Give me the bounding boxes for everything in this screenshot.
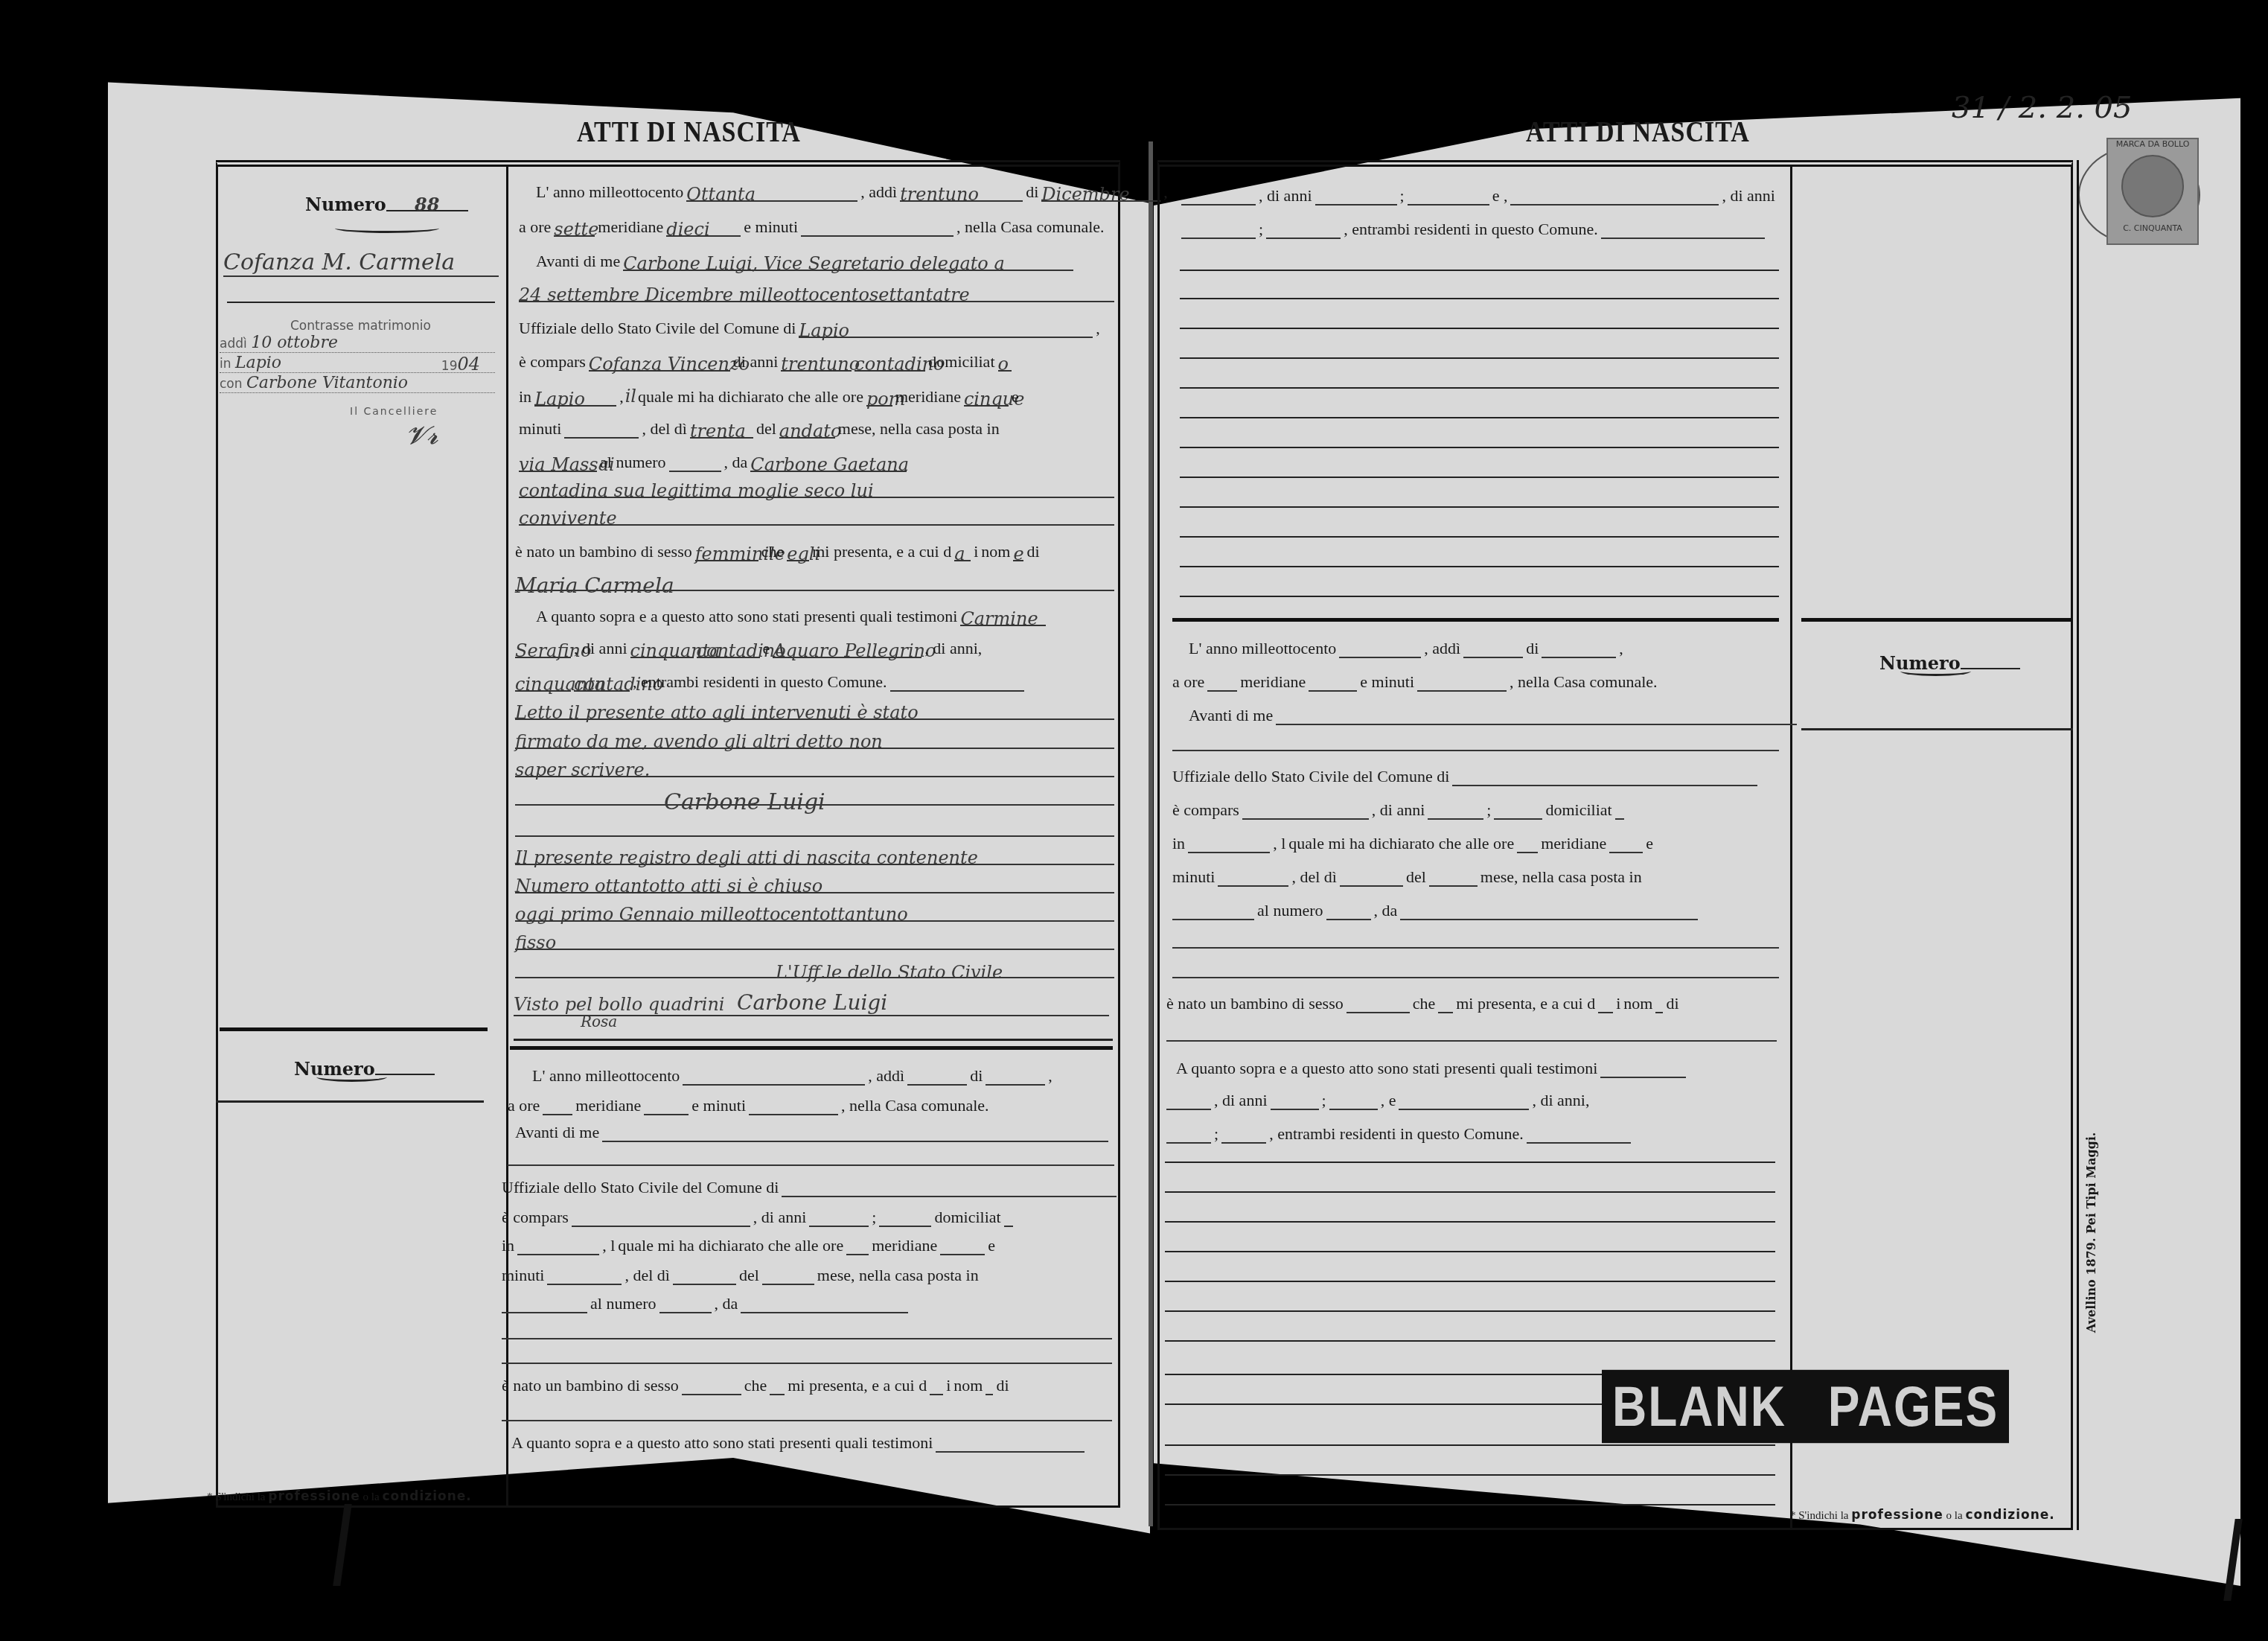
blank — [1004, 1209, 1013, 1227]
year-value: Ottanta — [686, 184, 857, 202]
label: L' anno milleottocento — [1187, 639, 1338, 658]
ruled-line — [1165, 1221, 1775, 1223]
house-number-blank — [669, 454, 721, 472]
footnote-left: * S'indichi la professione o la condizio… — [207, 1489, 472, 1504]
label: che — [743, 1376, 769, 1395]
form-line-declarant: è compars , di anni ; domiciliat — [500, 1208, 1015, 1227]
hour-value: sette — [554, 219, 595, 237]
divider — [514, 1039, 1113, 1041]
label: , e — [1379, 1091, 1398, 1110]
left-page-header: ATTI DI NASCITA — [577, 117, 801, 150]
form-line-birth-date: minuti , del dì del mese, nella casa pos… — [1171, 867, 1643, 887]
addi-label: addì — [220, 337, 247, 351]
label: di — [1664, 994, 1680, 1013]
witness2-age: cinquanta — [515, 674, 571, 692]
numero-value: 88 — [386, 194, 468, 211]
label: in — [517, 387, 533, 407]
blank — [770, 1377, 785, 1395]
minutes-blank — [564, 421, 639, 439]
label: meridiane — [596, 217, 665, 237]
ruled-line — [1180, 447, 1779, 448]
label: mi presenta, e a cui d — [811, 542, 953, 561]
label: Uffiziale dello Stato Civile del Comune … — [1171, 767, 1451, 786]
cancelliere-label: Il Cancelliere — [350, 406, 438, 418]
label: , entrambi residenti in questo Comune. — [631, 672, 889, 692]
residence-value: Lapio — [534, 389, 616, 407]
label: e minuti — [690, 1096, 747, 1115]
ornament-swash — [1900, 666, 1971, 676]
blank — [749, 1097, 838, 1115]
blank — [1218, 869, 1288, 887]
witness1-name: Serafino — [515, 640, 571, 658]
divider — [1801, 618, 2073, 622]
label: , di anni — [1213, 1091, 1269, 1110]
closing-text: saper scrivere. — [515, 759, 1114, 777]
form-line-residence: in , l quale mi ha dichiarato che alle o… — [500, 1236, 997, 1255]
form-line-child-name: Maria Carmela — [514, 573, 1116, 591]
declarant-profession: contadino — [855, 354, 925, 372]
article-value: il — [625, 386, 636, 407]
ruled-line — [1165, 1251, 1775, 1252]
meridiane-value: dieci — [666, 219, 741, 237]
blank — [1172, 960, 1779, 978]
mother-detail-2: convivente — [519, 508, 1114, 526]
label: è nato un bambino di sesso — [500, 1376, 680, 1395]
blank — [683, 1068, 865, 1086]
label: mi presenta, e a cui d — [1454, 994, 1597, 1013]
label: , nella Casa comunale. — [840, 1096, 991, 1115]
book-gutter — [1149, 141, 1153, 1526]
blank-line — [1165, 1024, 1778, 1042]
label: in — [500, 1236, 516, 1255]
blank — [502, 1322, 1112, 1339]
record-separator — [510, 1046, 1113, 1050]
label: ; — [1257, 220, 1265, 239]
label: , del dì — [623, 1266, 671, 1285]
declarant-age: trentuno — [781, 354, 852, 372]
closing-text-3: saper scrivere. — [514, 759, 1116, 777]
label: , entrambi residenti in questo Comune. — [1342, 220, 1600, 239]
label: Avanti di me — [514, 1123, 601, 1142]
label: Avanti di me — [1187, 706, 1274, 725]
label: , da — [1373, 901, 1399, 920]
ruled-line — [1180, 387, 1779, 389]
register-close-text: Numero ottantotto atti si è chiuso — [515, 876, 1114, 893]
label: è compars — [500, 1208, 570, 1227]
label: a ore — [1171, 672, 1206, 692]
blank — [1339, 640, 1421, 658]
officer-title: L'Uff.le dello Stato Civile — [515, 962, 1114, 978]
label: , del dì — [640, 419, 689, 439]
blank — [1452, 768, 1757, 786]
form-line-mother-cont2: convivente — [517, 508, 1116, 526]
witness2-name: Aquaro Pellegrino — [773, 640, 921, 658]
right-column-divider — [1790, 165, 1792, 1528]
form-line-comune: Uffiziale dello Stato Civile del Comune … — [500, 1178, 1118, 1197]
blank — [1340, 869, 1403, 887]
blank — [1463, 640, 1523, 658]
blank — [940, 1237, 985, 1255]
label: di — [1025, 542, 1041, 561]
label: , di anni, — [1530, 1091, 1591, 1110]
blank-line — [506, 1148, 1116, 1166]
blank — [1315, 188, 1397, 205]
blank — [879, 1209, 931, 1227]
in-label: in — [220, 357, 231, 372]
blank — [1601, 221, 1765, 239]
blank — [936, 1435, 1085, 1453]
blank — [762, 1267, 814, 1285]
label: meridiane — [1239, 672, 1307, 692]
suffix: e — [1013, 544, 1023, 561]
form-line-officer: Avanti di me — [514, 1123, 1110, 1142]
blank — [930, 1377, 943, 1395]
record-separator — [1172, 618, 1779, 622]
marriage-note-title: Contrasse matrimonio — [290, 319, 431, 334]
label: e — [986, 1236, 997, 1255]
king-portrait-icon — [2121, 155, 2184, 217]
label: ; — [1320, 1091, 1328, 1110]
label: A quanto sopra e a questo atto sono stat… — [534, 607, 959, 626]
label: e minuti — [1358, 672, 1416, 692]
birth-month: andato — [779, 421, 835, 439]
ruled-line — [1180, 298, 1779, 299]
corner-annotation: 31 / 2. 2. 05 — [1952, 91, 2132, 125]
blank — [502, 1296, 587, 1313]
form-line-declarant: è compars , di anni ; domiciliat — [1171, 800, 1626, 820]
blank — [1266, 221, 1341, 239]
witness1-profession: contadino — [697, 640, 760, 658]
label: , del dì — [1290, 867, 1338, 887]
officer-cont-value: 24 settembre Dicembre milleottocentosett… — [519, 284, 1114, 302]
label: Uffiziale dello Stato Civile del Comune … — [500, 1178, 780, 1197]
marriage-spouse-row: con Carbone Vitantonio — [220, 374, 495, 393]
day-value: trentuno — [900, 184, 1023, 202]
label: , di anni — [572, 639, 629, 658]
footnote-condizione: condizione. — [382, 1489, 471, 1504]
register-close-1: Il presente registro degli atti di nasci… — [514, 847, 1116, 865]
blank — [741, 1296, 908, 1313]
label: , da — [713, 1294, 740, 1313]
marriage-year: 1904 — [441, 354, 480, 375]
label: , di anni — [1257, 186, 1314, 205]
closing-text: firmato da me, avendo gli altri detto no… — [515, 731, 1114, 749]
label: , — [1094, 319, 1102, 338]
blank — [659, 1296, 712, 1313]
numero-record-88: Numero88 — [305, 194, 468, 215]
blank — [1655, 995, 1663, 1013]
label: al numero — [589, 1294, 658, 1313]
registrant-name: Cofanza M. Carmela — [223, 249, 499, 277]
signature-title-line: L'Uff.le dello Stato Civile — [514, 962, 1116, 978]
form-line-witnesses: A quanto sopra e a questo atto sono stat… — [1175, 1059, 1687, 1078]
label: , di anni, — [923, 639, 983, 658]
blank-line — [514, 819, 1116, 837]
register-close-text: fisso — [515, 932, 1114, 950]
mother-detail: contadina sua legittima moglie seco lui — [519, 480, 1114, 498]
label: nom — [952, 1376, 984, 1395]
year-value: 04 — [457, 354, 480, 375]
blank — [682, 1377, 741, 1395]
label: del — [1405, 867, 1428, 887]
blank — [907, 1068, 967, 1086]
blank — [602, 1124, 1108, 1142]
marriage-date: 10 ottobre — [251, 334, 338, 352]
blank — [1400, 902, 1698, 920]
declarant-name: Cofanza Vincenzo — [589, 354, 730, 372]
label: Uffiziale dello Stato Civile del Comune … — [517, 319, 797, 338]
form-line-officer-cont: 24 settembre Dicembre milleottocentosett… — [517, 284, 1116, 302]
stamp-bottom-text: C. CINQUANTA — [2108, 223, 2197, 233]
ruled-line — [1165, 1474, 1775, 1476]
blank — [986, 1068, 1045, 1086]
label: nom — [1622, 994, 1654, 1013]
label: , di anni — [1720, 186, 1777, 205]
label: domiciliat — [933, 1208, 1002, 1227]
blank — [1188, 835, 1270, 853]
register-close-text: Il presente registro degli atti di nasci… — [515, 847, 1114, 865]
marriage-place: Lapio — [235, 354, 281, 372]
label: meridiane — [870, 1236, 939, 1255]
label: , di anni — [752, 1208, 808, 1227]
register-close-3: oggi primo Gennaio milleottocentottantun… — [514, 904, 1116, 922]
blank — [890, 674, 1024, 692]
blank — [1326, 902, 1371, 920]
form-line-birth-date: minuti , del dì trenta del andato mese, … — [517, 419, 1001, 439]
closing-text: Letto il presente atto agli intervenuti … — [515, 702, 1114, 720]
blank — [846, 1237, 869, 1255]
label: di anni — [732, 352, 780, 372]
divider — [227, 302, 495, 303]
form-line-witness2: ; , entrambi residenti in questo Comune. — [1180, 220, 1766, 239]
label: meridiane — [894, 387, 962, 407]
minutes-blank — [801, 219, 953, 237]
ruled-line — [1180, 566, 1779, 567]
ruled-line — [1180, 357, 1779, 359]
label: , entrambi residenti in questo Comune. — [1268, 1124, 1525, 1144]
blank-line — [1171, 733, 1780, 751]
label: di — [1024, 182, 1040, 202]
ruled-line — [1180, 596, 1779, 597]
presenter-pronoun: egli — [787, 544, 809, 561]
form-line-address: al numero , da — [1171, 901, 1699, 920]
blank — [508, 1148, 1114, 1166]
form-line-residence: in , l quale mi ha dichiarato che alle o… — [1171, 834, 1655, 853]
child-sex: femminile — [695, 544, 758, 561]
label: e , — [1491, 186, 1510, 205]
witness1-age: cinquanta — [630, 640, 694, 658]
blank — [1329, 1092, 1378, 1110]
ruled-line — [1165, 1444, 1775, 1446]
blank — [1417, 674, 1507, 692]
blank — [1438, 995, 1453, 1013]
label: è nato un bambino di sesso — [514, 542, 694, 561]
label: ; — [1399, 186, 1406, 205]
right-page-header: ATTI DI NASCITA — [1526, 117, 1750, 150]
birth-day: trenta — [690, 421, 753, 439]
blank — [1609, 835, 1643, 853]
blank — [1276, 707, 1797, 725]
comune-value: Lapio — [799, 320, 1093, 338]
label: A quanto sopra e a questo atto sono stat… — [1175, 1059, 1599, 1078]
blank — [1181, 188, 1256, 205]
divider — [216, 1100, 484, 1103]
form-line-residence: in Lapio , il quale mi ha dichiarato che… — [517, 386, 1020, 407]
blank — [1598, 995, 1613, 1013]
month-value: Dicembre — [1041, 184, 1160, 202]
label: nom — [980, 542, 1012, 561]
gender-suffix: o — [998, 354, 1012, 372]
form-line-officer: Avanti di me Carbone Luigi, Vice Segreta… — [534, 252, 1075, 271]
vidimation-text: Visto pel bollo quadrini — [514, 994, 737, 1016]
blank — [517, 1237, 599, 1255]
label: , di anni — [1370, 800, 1427, 820]
child-name: Maria Carmela — [515, 573, 1114, 591]
label: del — [738, 1266, 761, 1285]
label: mese, nella casa posta in — [816, 1266, 980, 1285]
label: al numero — [598, 453, 668, 472]
divider — [1801, 728, 2073, 730]
label: e — [1644, 834, 1655, 853]
label: , — [618, 387, 625, 407]
blank — [1309, 674, 1357, 692]
marriage-date-row: addì 10 ottobre — [220, 334, 495, 353]
blank — [673, 1267, 736, 1285]
blank-line — [500, 1346, 1114, 1364]
form-line-year: L' anno milleottocento , addì di , — [531, 1066, 1054, 1086]
register-close-text: oggi primo Gennaio milleottocentottantun… — [515, 904, 1114, 922]
birth-hour: cinque — [964, 389, 1009, 407]
blank — [1615, 802, 1624, 820]
footnote-mid: o la — [363, 1491, 380, 1503]
label: A quanto sopra e a questo atto sono stat… — [510, 1433, 934, 1453]
divider — [220, 1027, 488, 1031]
form-line-birth-date: minuti , del dì del mese, nella casa pos… — [500, 1266, 980, 1285]
label: ; — [1213, 1124, 1220, 1144]
label: di — [994, 1376, 1010, 1395]
numero-label: Numero — [305, 194, 386, 215]
witness1-first: Carmine — [960, 608, 1046, 626]
ruled-line — [1180, 506, 1779, 508]
label: ; — [1485, 800, 1492, 820]
blank — [644, 1097, 689, 1115]
bookmark-ribbon — [333, 1504, 351, 1586]
label: e — [1010, 387, 1020, 407]
footnote-professione: professione — [268, 1489, 360, 1504]
blank — [1172, 931, 1779, 949]
label: che — [1411, 994, 1437, 1013]
blank — [1207, 674, 1237, 692]
label: e minuti — [742, 217, 799, 237]
printer-imprint: Avellino 1879. Pei Tipi Maggi. — [2084, 1132, 2098, 1333]
blank-pages-label: BLANK PAGES — [1602, 1370, 2009, 1443]
cancelliere-signature-icon: 𝓥𝓻 — [406, 421, 438, 450]
label: è nato un bambino di sesso — [1165, 994, 1345, 1013]
year-prefix: 19 — [441, 359, 458, 374]
label: ; — [870, 1208, 878, 1227]
ruled-line — [1165, 1162, 1775, 1163]
form-line-comune: Uffiziale dello Stato Civile del Comune … — [1171, 767, 1759, 786]
label: , addì — [866, 1066, 906, 1086]
label: , l — [1271, 834, 1287, 853]
blank — [1166, 1024, 1777, 1042]
blank — [1429, 869, 1478, 887]
blank — [515, 819, 1114, 837]
ornament-swash — [316, 1072, 387, 1082]
label: L' anno milleottocento — [531, 1066, 681, 1086]
form-line-address: via Massai al numero , da Carbone Gaetan… — [517, 453, 908, 472]
stamp-top-text: MARCA DA BOLLO — [2108, 139, 2197, 149]
label: di — [968, 1066, 984, 1086]
label: , — [1617, 639, 1625, 658]
blank-line — [1171, 931, 1780, 949]
form-line-year: L' anno milleottocento Ottanta , addì tr… — [534, 182, 1169, 202]
ruled-line — [1180, 417, 1779, 418]
label: che — [760, 542, 786, 561]
form-line-sex: è nato un bambino di sesso che mi presen… — [500, 1376, 1011, 1395]
register-close-2: Numero ottantotto atti si è chiuso — [514, 876, 1116, 893]
label: minuti — [517, 419, 563, 439]
form-line-sex: è nato un bambino di sesso che mi presen… — [1165, 994, 1681, 1013]
label: minuti — [500, 1266, 546, 1285]
label: mese, nella casa posta in — [837, 419, 1001, 439]
label: Avanti di me — [534, 252, 622, 271]
ruled-line — [1165, 1310, 1775, 1312]
street-value: via Massai — [519, 454, 597, 472]
blank — [1166, 1126, 1211, 1144]
form-line-witness-ages: , di anni ; , e , di anni, — [1165, 1091, 1591, 1110]
form-line-witnesses: A quanto sopra e a questo atto sono stat… — [510, 1433, 1086, 1453]
form-line-sex: è nato un bambino di sesso femminile che… — [514, 542, 1041, 561]
label: minuti — [1171, 867, 1216, 887]
form-line-witness-ages: , di anni ; e , , di anni — [1180, 186, 1777, 205]
ruled-line — [1180, 270, 1779, 271]
label: e — [761, 639, 772, 658]
blank — [1172, 902, 1254, 920]
blank — [986, 1377, 993, 1395]
blank — [1408, 188, 1489, 205]
label: meridiane — [1539, 834, 1608, 853]
mother-name: Carbone Gaetana — [750, 454, 907, 472]
label: è compars — [517, 352, 587, 372]
ruled-line — [1165, 1340, 1775, 1342]
blank — [1510, 188, 1719, 205]
vidimation-signature: Rosa — [581, 1013, 617, 1030]
label: a ore — [506, 1096, 541, 1115]
label: è compars — [1171, 800, 1241, 820]
label: , nella Casa comunale. — [1508, 672, 1659, 692]
blank — [1527, 1126, 1631, 1144]
label: mi presenta, e a cui d — [786, 1376, 928, 1395]
blank — [1399, 1092, 1529, 1110]
officer-value: Carbone Luigi, Vice Segretario delegato … — [623, 253, 1073, 271]
footnote-professione: professione — [1851, 1508, 1943, 1523]
blank — [1494, 802, 1542, 820]
label: del — [755, 419, 778, 439]
blank — [1428, 802, 1483, 820]
officer-signature: Carbone Luigi — [515, 789, 1114, 806]
footnote-condizione: condizione. — [1965, 1508, 2054, 1523]
birth-hour-period: pom — [866, 389, 892, 407]
ruled-line — [1180, 536, 1779, 538]
form-line-witness-ages: Serafino , di anni cinquanta contadino e… — [514, 639, 983, 658]
closing-text-2: firmato da me, avendo gli altri detto no… — [514, 731, 1116, 749]
form-line-witness2: cinquanta contadino , entrambi residenti… — [514, 672, 1026, 692]
label: quale mi ha dichiarato che alle ore — [1287, 834, 1515, 853]
label: quale mi ha dichiarato che alle ore — [616, 1236, 845, 1255]
form-line-declarant: è compars Cofanza Vincenzo di anni trent… — [517, 352, 1013, 372]
label: i — [972, 542, 980, 561]
